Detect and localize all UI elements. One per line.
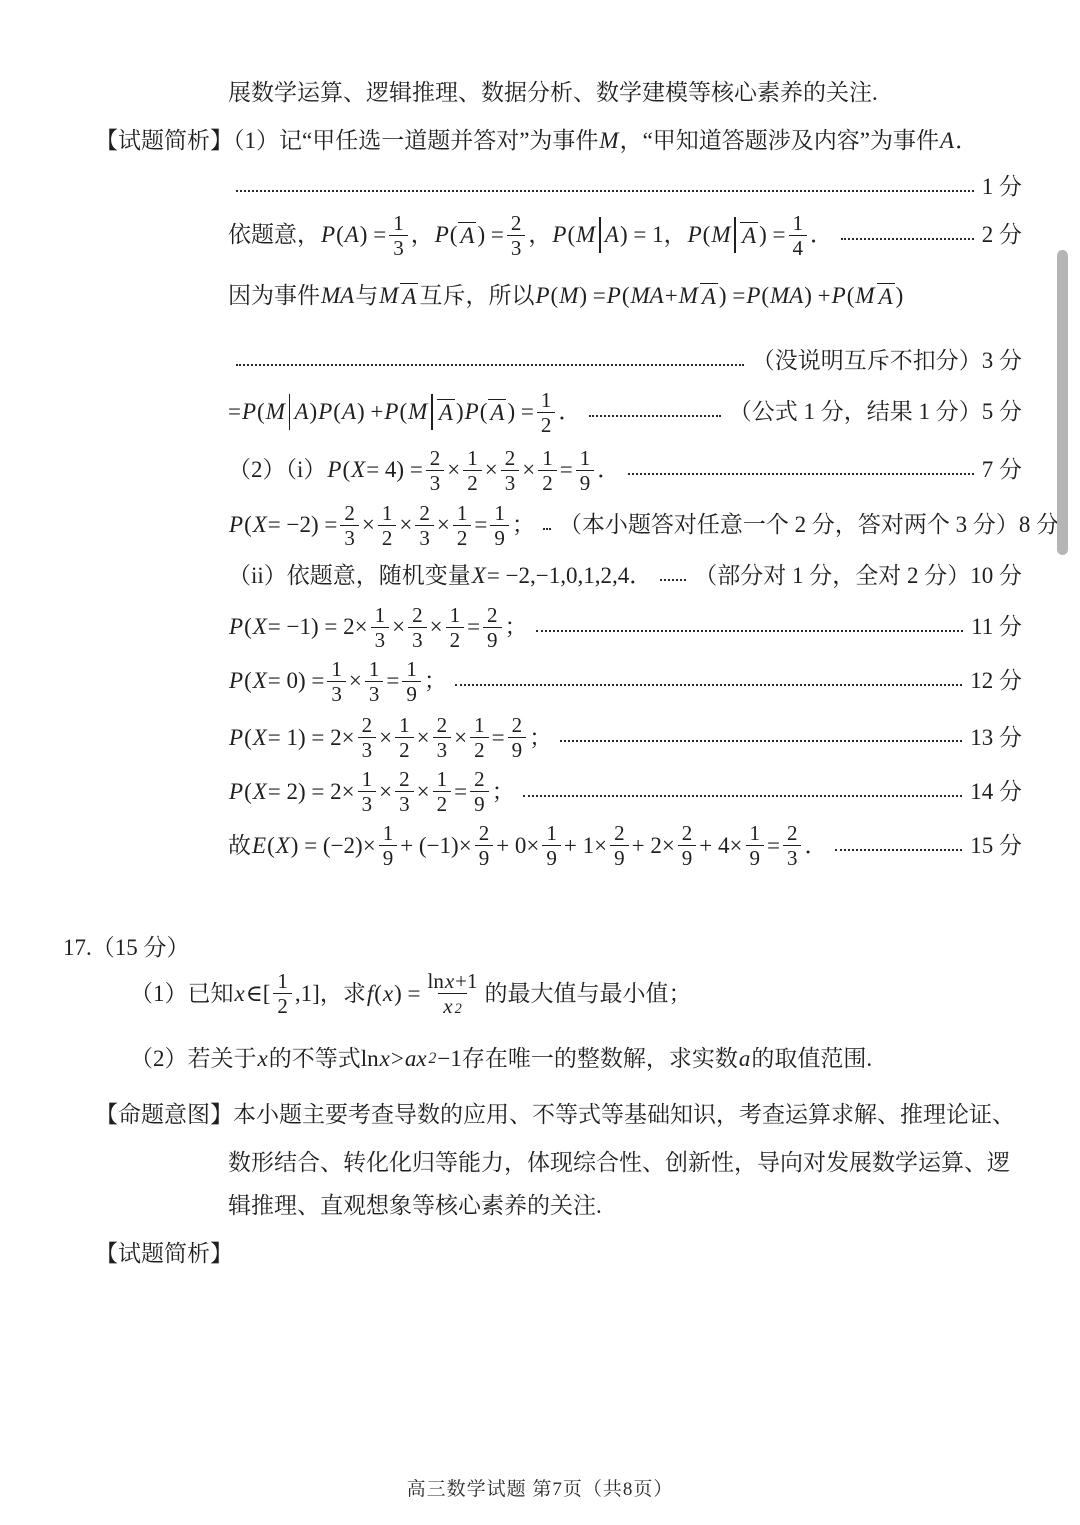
math-text: 3 xyxy=(419,527,430,549)
scrollbar-thumb[interactable] xyxy=(1057,250,1068,555)
score-mark: 2 分 xyxy=(982,220,1022,250)
overline-symbol: A xyxy=(437,399,455,425)
fraction-denominator: 2 xyxy=(538,470,557,494)
fraction-denominator: 3 xyxy=(433,737,452,761)
math-variable: P xyxy=(745,281,761,311)
math-text: 9 xyxy=(682,847,693,869)
math-text: ) = xyxy=(719,281,745,311)
fraction-denominator: 3 xyxy=(783,845,802,869)
dotted-leader xyxy=(589,415,720,417)
math-text: 9 xyxy=(383,847,394,869)
math-variable: A xyxy=(939,126,955,156)
math-fraction: 12 xyxy=(470,714,489,761)
math-fraction: 23 xyxy=(395,768,414,815)
math-text: ( xyxy=(847,281,855,311)
fraction-denominator: 9 xyxy=(475,845,494,869)
document-line: （没说明互斥不扣分）3 分 xyxy=(0,346,1080,376)
math-text: ； xyxy=(424,666,447,696)
math-text: 2 xyxy=(437,714,448,736)
fraction-numerator: 1 xyxy=(463,447,482,470)
math-text: ) = xyxy=(579,281,605,311)
text-segment: 【命题意图】本小题主要考查导数的应用、不等式等基础知识，考查运算求解、推理论证、 xyxy=(95,1100,1015,1130)
math-text: × xyxy=(522,455,535,485)
fraction-numerator: 1 xyxy=(789,212,808,235)
fraction-numerator: 1 xyxy=(402,658,421,681)
math-text: 1 xyxy=(383,822,394,844)
math-variable: M xyxy=(678,281,699,311)
text-segment: ． xyxy=(629,561,652,591)
dotted-leader xyxy=(536,630,964,632)
math-text: 3 xyxy=(412,629,423,651)
fraction-denominator: 3 xyxy=(426,470,445,494)
math-text: ) xyxy=(456,397,464,427)
math-variable: P xyxy=(831,281,847,311)
math-text: = xyxy=(767,831,780,861)
math-text: 2 xyxy=(512,714,523,736)
document-line: （ii）依题意，随机变量 X = −2,−1,0,1,2,4．（部分对 1 分，… xyxy=(0,561,1080,591)
math-text: 1 xyxy=(494,502,505,524)
fraction-denominator: 9 xyxy=(470,791,489,815)
text-segment: 展数学运算、逻辑推理、数据分析、数学建模等核心素养的关注. xyxy=(228,78,878,108)
document-line: P(X = 1) = 2×23×12×23×12=29；13 分 xyxy=(0,714,1080,761)
math-text: ， xyxy=(411,220,434,250)
fraction-numerator: 2 xyxy=(508,714,527,737)
math-variable: X xyxy=(471,561,487,591)
math-text: ． xyxy=(955,126,978,156)
math-fraction: 29 xyxy=(508,714,527,761)
math-text: +1 xyxy=(455,970,477,992)
math-variable: M xyxy=(265,397,286,427)
math-text: 1 xyxy=(457,502,468,524)
math-fraction: 23 xyxy=(433,714,452,761)
fraction-numerator: 1 xyxy=(537,389,556,412)
fraction-numerator: 1 xyxy=(371,604,390,627)
math-fraction: 19 xyxy=(746,822,765,869)
math-text: ； xyxy=(505,612,528,642)
fraction-denominator: 9 xyxy=(402,681,421,705)
math-variable: M xyxy=(854,281,875,311)
math-text: = xyxy=(454,777,467,807)
fraction-numerator: 2 xyxy=(408,604,427,627)
math-variable: P xyxy=(228,612,244,642)
math-text: ( xyxy=(244,612,252,642)
fraction-numerator: 1 xyxy=(389,212,408,235)
math-text: = −2,−1,0,1,2,4 xyxy=(487,561,629,591)
document-line: 因为事件 MA 与 MA 互斥，所以 P(M) = P(MA + MA) = P… xyxy=(0,281,1080,311)
document-line: 【试题简析】（1）记“甲任选一道题并答对”为事件M，“甲知道答题涉及内容”为事件… xyxy=(0,126,1080,156)
math-text: 1 xyxy=(382,502,393,524)
score-mark: 12 分 xyxy=(970,666,1022,696)
math-variable: P xyxy=(326,455,342,485)
math-text: ) = xyxy=(759,220,785,250)
math-text: × xyxy=(437,510,450,540)
math-fraction: 12 xyxy=(273,970,292,1017)
math-text: = 4) = xyxy=(366,455,423,485)
math-text: ( xyxy=(450,220,458,250)
math-text: = xyxy=(474,510,487,540)
document-line: （2）（i）P(X = 4) =23×12×23×12=19．7 分 xyxy=(0,447,1080,494)
math-fraction: ln x+1x2 xyxy=(424,970,482,1017)
math-text: ( xyxy=(257,397,265,427)
math-variable: M xyxy=(710,220,731,250)
math-text: 2 xyxy=(430,447,441,469)
math-fraction: 29 xyxy=(470,768,489,815)
document-line: 依题意，P(A) =13，P(A) =23，P(MA) = 1，P(MA) =1… xyxy=(0,212,1080,259)
fraction-numerator: 1 xyxy=(542,822,561,845)
fraction-denominator: 3 xyxy=(371,627,390,651)
math-text: ( xyxy=(399,397,407,427)
math-text: ( xyxy=(480,397,488,427)
math-variable: P xyxy=(383,397,399,427)
math-text: 1 xyxy=(277,970,288,992)
math-fraction: 12 xyxy=(378,502,397,549)
math-text: 2 xyxy=(419,502,430,524)
overline-symbol: A xyxy=(458,222,476,248)
math-variable: X xyxy=(252,723,268,753)
document-line: 辑推理、直观想象等核心素养的关注. xyxy=(0,1191,1080,1221)
math-text: ( xyxy=(336,220,344,250)
fraction-denominator: 3 xyxy=(395,791,414,815)
math-fraction: 12 xyxy=(538,447,557,494)
overline-symbol: A xyxy=(740,222,758,248)
math-variable: P xyxy=(241,397,257,427)
math-text: 2 xyxy=(487,604,498,626)
text-segment: 与 xyxy=(355,281,378,311)
math-text: 3 xyxy=(505,472,516,494)
math-text: 9 xyxy=(512,739,523,761)
text-segment: （2）若关于 xyxy=(130,1044,257,1074)
math-text: ) + xyxy=(804,281,830,311)
math-text: 1 xyxy=(375,604,386,626)
fraction-denominator: 2 xyxy=(470,737,489,761)
math-variable: M xyxy=(378,281,399,311)
fraction-numerator: 1 xyxy=(446,604,465,627)
score-mark: 14 分 xyxy=(970,777,1022,807)
math-text: ( xyxy=(244,510,252,540)
math-text: ( xyxy=(244,723,252,753)
text-segment: （ii）依题意，随机变量 xyxy=(228,561,471,591)
math-text: 1 xyxy=(542,447,553,469)
fraction-denominator: 9 xyxy=(542,845,561,869)
math-text: 2 xyxy=(437,793,448,815)
math-text: 2 xyxy=(542,472,553,494)
text-segment: 因为事件 xyxy=(228,281,320,311)
math-text: 2 xyxy=(399,739,410,761)
math-text: = 1) = 2× xyxy=(268,723,355,753)
fraction-numerator: 2 xyxy=(358,714,377,737)
math-text: 9 xyxy=(406,683,417,705)
score-mark: 13 分 xyxy=(970,723,1022,753)
text-segment: 的取值范围. xyxy=(751,1044,872,1074)
math-fraction: 19 xyxy=(379,822,398,869)
text-segment: 故 xyxy=(228,831,251,861)
math-text: 1 xyxy=(541,389,552,411)
math-fraction: 29 xyxy=(483,604,502,651)
math-text: ) xyxy=(310,397,318,427)
fraction-numerator: 2 xyxy=(470,768,489,791)
document-line: 【命题意图】本小题主要考查导数的应用、不等式等基础知识，考查运算求解、推理论证、 xyxy=(0,1100,1080,1130)
math-text: 9 xyxy=(487,629,498,651)
fraction-denominator: 2 xyxy=(537,412,556,436)
math-variable: P xyxy=(228,723,244,753)
math-text: ) = (−2)× xyxy=(291,831,376,861)
math-text: ( xyxy=(374,979,382,1009)
math-fraction: 23 xyxy=(358,714,377,761)
math-text: × xyxy=(379,723,392,753)
fraction-denominator: 3 xyxy=(365,681,384,705)
math-text: ； xyxy=(512,510,535,540)
math-fraction: 14 xyxy=(789,212,808,259)
dotted-leader xyxy=(523,795,963,797)
math-variable: A xyxy=(293,397,309,427)
text-segment: ，“甲知道答题涉及内容”为事件 xyxy=(620,126,939,156)
math-text: 2 xyxy=(474,768,485,790)
document-line: P(X = 2) = 2×13×23×12=29；14 分 xyxy=(0,768,1080,815)
fraction-denominator: 3 xyxy=(507,235,526,259)
math-text: ( xyxy=(622,281,630,311)
math-text: ∈[ xyxy=(246,979,271,1009)
fraction-denominator: 9 xyxy=(610,845,629,869)
exam-solution-page: 展数学运算、逻辑推理、数据分析、数学建模等核心素养的关注.【试题简析】（1）记“… xyxy=(0,0,1080,1525)
fraction-numerator: 1 xyxy=(378,502,397,525)
math-variable: P xyxy=(687,220,703,250)
text-segment: （2）（i） xyxy=(228,455,326,485)
fraction-numerator: 2 xyxy=(483,604,502,627)
score-mark: （没说明互斥不扣分）3 分 xyxy=(752,346,1022,376)
score-mark: 1 分 xyxy=(982,172,1022,202)
math-variable: ax xyxy=(404,1044,428,1074)
math-text: 1 xyxy=(393,212,404,234)
math-variable: x xyxy=(444,970,455,992)
math-text: = −1) = 2× xyxy=(268,612,368,642)
document-line: P(X = 0) =13×13=19；12 分 xyxy=(0,658,1080,705)
text-segment: 17.（15 分） xyxy=(63,933,190,963)
math-text: 3 xyxy=(375,629,386,651)
math-text: 1 xyxy=(450,604,461,626)
math-text: = xyxy=(467,612,480,642)
math-fraction: 13 xyxy=(365,658,384,705)
text-segment: ，求 xyxy=(320,979,366,1009)
math-variable: P xyxy=(228,777,244,807)
score-mark: （本小题答对任意一个 2 分，答对两个 3 分）8 分 xyxy=(559,510,1059,540)
fraction-numerator: 1 xyxy=(453,502,472,525)
math-text: ( xyxy=(244,666,252,696)
math-fraction: 13 xyxy=(358,768,377,815)
fraction-denominator: 3 xyxy=(358,737,377,761)
fraction-denominator: 9 xyxy=(678,845,697,869)
math-text: ( xyxy=(342,455,350,485)
math-fraction: 23 xyxy=(408,604,427,651)
math-fraction: 13 xyxy=(371,604,390,651)
score-mark: 15 分 xyxy=(970,831,1022,861)
fraction-numerator: 1 xyxy=(379,822,398,845)
math-variable: P xyxy=(228,510,244,540)
fraction-numerator: 1 xyxy=(395,714,414,737)
score-mark: 11 分 xyxy=(971,612,1022,642)
math-text: 1 xyxy=(406,658,417,680)
math-variable: P xyxy=(317,397,333,427)
document-content: 展数学运算、逻辑推理、数据分析、数学建模等核心素养的关注.【试题简析】（1）记“… xyxy=(0,0,1080,1269)
math-fraction: 29 xyxy=(610,822,629,869)
overline-symbol: A xyxy=(400,283,418,309)
math-text: = xyxy=(492,723,505,753)
math-text: 1 xyxy=(793,212,804,234)
math-text: = 2) = 2× xyxy=(268,777,355,807)
math-fraction: 29 xyxy=(475,822,494,869)
math-text: 3 xyxy=(437,739,448,761)
fraction-numerator: 1 xyxy=(433,768,452,791)
math-text: 2 xyxy=(479,822,490,844)
math-text: 2 xyxy=(474,739,485,761)
fraction-denominator: 3 xyxy=(327,681,346,705)
math-fraction: 12 xyxy=(453,502,472,549)
math-text: 1 xyxy=(362,768,373,790)
math-text: 2 xyxy=(344,502,355,524)
fraction-numerator: 1 xyxy=(470,714,489,737)
math-text: ( xyxy=(267,831,275,861)
math-text: = xyxy=(228,397,241,427)
math-text: × xyxy=(392,612,405,642)
math-text: 2 xyxy=(412,604,423,626)
dotted-leader xyxy=(455,684,962,686)
math-text: > xyxy=(391,1044,404,1074)
math-fraction: 13 xyxy=(327,658,346,705)
math-text: 9 xyxy=(474,793,485,815)
math-text: ) = 1， xyxy=(620,220,687,250)
math-text: 1 xyxy=(467,447,478,469)
math-text: ( xyxy=(244,777,252,807)
fraction-numerator: 2 xyxy=(507,212,526,235)
document-line: （1）已知 x∈[12,1]，求 f(x) =ln x+1x2 的最大值与最小值… xyxy=(0,970,1080,1017)
fraction-numerator: 2 xyxy=(475,822,494,845)
math-variable: P xyxy=(464,397,480,427)
fraction-denominator: 2 xyxy=(378,525,397,549)
fraction-numerator: 1 xyxy=(576,447,595,470)
math-text: ) = xyxy=(360,220,386,250)
math-variable: x xyxy=(382,979,394,1009)
fraction-numerator: ln x+1 xyxy=(424,970,482,993)
math-variable: MA xyxy=(320,281,355,311)
fraction-numerator: 1 xyxy=(365,658,384,681)
overline-symbol: A xyxy=(488,399,506,425)
fraction-denominator: 9 xyxy=(379,845,398,869)
fraction-numerator: 1 xyxy=(746,822,765,845)
math-text: ,1] xyxy=(295,979,320,1009)
math-variable: x xyxy=(234,979,246,1009)
fraction-numerator: 1 xyxy=(327,658,346,681)
math-text: 2 xyxy=(511,212,522,234)
dotted-leader xyxy=(660,579,686,581)
math-variable: f xyxy=(366,979,374,1009)
math-text: × xyxy=(430,612,443,642)
math-text: 9 xyxy=(479,847,490,869)
math-fraction: 23 xyxy=(340,502,359,549)
fraction-denominator: 9 xyxy=(746,845,765,869)
document-line: 【试题简析】 xyxy=(0,1239,1080,1269)
fraction-numerator: 2 xyxy=(610,822,629,845)
math-text: 1 xyxy=(399,714,410,736)
dotted-leader xyxy=(236,190,974,192)
math-text: + xyxy=(665,281,678,311)
fraction-denominator: 2 xyxy=(433,791,452,815)
fraction-numerator: 2 xyxy=(433,714,452,737)
math-text: 2 xyxy=(382,527,393,549)
document-line: 1 分 xyxy=(0,172,1080,202)
math-text: 1 xyxy=(750,822,761,844)
conditional-bar xyxy=(289,394,291,430)
fraction-numerator: 2 xyxy=(783,822,802,845)
math-text: 1 xyxy=(474,714,485,736)
math-variable: P xyxy=(228,666,244,696)
math-text: 1 xyxy=(546,822,557,844)
math-fraction: 23 xyxy=(501,447,520,494)
math-variable: A xyxy=(604,220,620,250)
math-variable: E xyxy=(251,831,267,861)
fraction-numerator: 1 xyxy=(358,768,377,791)
document-line: 故 E(X) = (−2)×19+ (−1)×29+ 0×19+ 1×29+ 2… xyxy=(0,822,1080,869)
overline-symbol: A xyxy=(877,283,895,309)
math-text: × xyxy=(362,510,375,540)
math-text: 1 xyxy=(369,658,380,680)
math-text: 3 xyxy=(399,793,410,815)
math-text: ) xyxy=(896,281,904,311)
fraction-numerator: 2 xyxy=(501,447,520,470)
math-text: × xyxy=(399,510,412,540)
fraction-denominator: 2 xyxy=(463,470,482,494)
math-text: ． xyxy=(804,831,827,861)
math-text: 2 xyxy=(457,527,468,549)
fraction-numerator: 2 xyxy=(415,502,434,525)
math-variable: x xyxy=(257,1044,269,1074)
math-fraction: 19 xyxy=(542,822,561,869)
document-line: （2）若关于 x 的不等式 ln x > ax2 −1 存在唯一的整数解，求实数… xyxy=(0,1044,1080,1074)
math-text: ( xyxy=(761,281,769,311)
math-variable: P xyxy=(534,281,550,311)
text-segment: 依题意， xyxy=(228,220,320,250)
math-fraction: 12 xyxy=(395,714,414,761)
math-text: ． xyxy=(810,220,833,250)
dotted-leader xyxy=(236,364,744,366)
math-text: × xyxy=(447,455,460,485)
math-fraction: 19 xyxy=(490,502,509,549)
math-text: 9 xyxy=(580,472,591,494)
math-text: + 0× xyxy=(496,831,539,861)
score-mark: 7 分 xyxy=(982,455,1022,485)
math-fraction: 29 xyxy=(678,822,697,869)
math-text: ) = xyxy=(507,397,533,427)
math-fraction: 12 xyxy=(446,604,465,651)
math-text: 2 xyxy=(505,447,516,469)
math-text: 3 xyxy=(362,739,373,761)
math-text: = xyxy=(386,666,399,696)
math-text: ． xyxy=(558,397,581,427)
math-text: ( xyxy=(567,220,575,250)
math-variable: MA xyxy=(769,281,804,311)
fraction-denominator: 3 xyxy=(340,525,359,549)
fraction-numerator: 1 xyxy=(273,970,292,993)
math-variable: A xyxy=(344,220,360,250)
math-text: 2 xyxy=(277,995,288,1017)
fraction-denominator: 3 xyxy=(389,235,408,259)
math-variable: x xyxy=(379,1044,391,1074)
math-text: 3 xyxy=(430,472,441,494)
math-text: ) = xyxy=(477,220,503,250)
math-fraction: 23 xyxy=(507,212,526,259)
text-segment: 的最大值与最小值； xyxy=(485,979,692,1009)
math-fraction: 23 xyxy=(783,822,802,869)
math-variable: M xyxy=(598,126,619,156)
fraction-denominator: 2 xyxy=(395,737,414,761)
